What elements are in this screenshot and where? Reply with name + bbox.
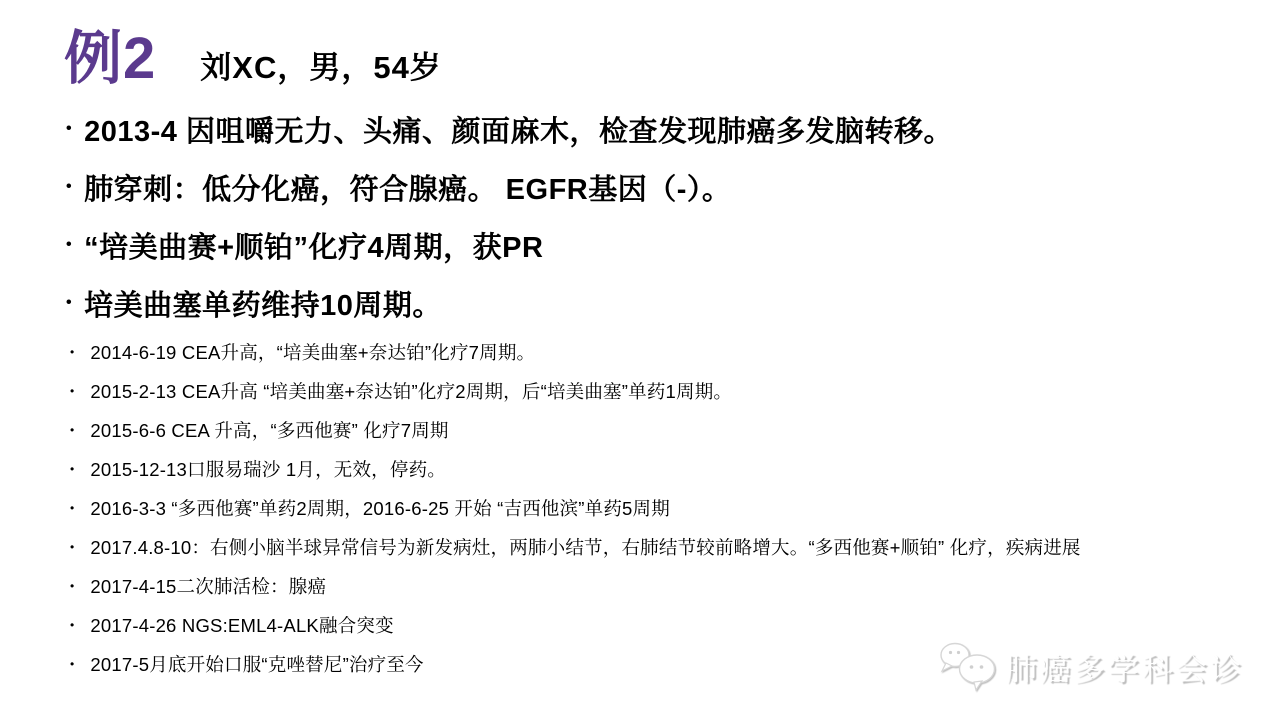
- bullet-icon: •: [66, 178, 72, 196]
- bullet-icon: •: [70, 657, 74, 671]
- slide-title-row: 例2 刘XC，男，54岁: [0, 0, 1280, 88]
- sub-bullet-text: 2015-12-13口服易瑞沙 1月，无效，停药。: [90, 456, 446, 482]
- main-bullet-text: “培美曲赛+顺铂”化疗4周期，获PR: [84, 225, 543, 266]
- bullet-icon: •: [70, 579, 74, 593]
- sub-bullet-item: • 2016-3-3 “多西他赛”单药2周期，2016-6-25 开始 “吉西他…: [70, 488, 1280, 527]
- bullet-icon: •: [66, 120, 72, 138]
- main-bullet-text: 肺穿刺：低分化癌，符合腺癌。 EGFR基因（-）。: [84, 167, 731, 208]
- watermark: 肺癌多学科会诊: [938, 640, 1244, 692]
- sub-bullet-list: • 2014-6-19 CEA升高，“培美曲塞+奈达铂”化疗7周期。 • 201…: [0, 332, 1280, 683]
- sub-bullet-item: • 2014-6-19 CEA升高，“培美曲塞+奈达铂”化疗7周期。: [70, 332, 1280, 371]
- sub-bullet-item: • 2015-12-13口服易瑞沙 1月，无效，停药。: [70, 449, 1280, 488]
- bullet-icon: •: [70, 345, 74, 359]
- sub-bullet-text: 2017-5月底开始口服“克唑替尼”治疗至今: [90, 651, 423, 677]
- sub-bullet-item: • 2015-2-13 CEA升高 “培美曲塞+奈达铂”化疗2周期，后“培美曲塞…: [70, 371, 1280, 410]
- sub-bullet-item: • 2015-6-6 CEA 升高，“多西他赛” 化疗7周期: [70, 410, 1280, 449]
- main-bullet-item: • 培美曲塞单药维持10周期。: [66, 274, 1280, 332]
- sub-bullet-text: 2017-4-26 NGS:EML4-ALK融合突变: [90, 612, 393, 638]
- sub-bullet-text: 2015-6-6 CEA 升高，“多西他赛” 化疗7周期: [90, 417, 448, 443]
- wechat-icon: [938, 640, 1000, 692]
- main-bullet-item: • “培美曲赛+顺铂”化疗4周期，获PR: [66, 216, 1280, 274]
- patient-info-text: 刘XC，男，54岁: [200, 42, 442, 87]
- sub-bullet-text: 2017-4-15二次肺活检：腺癌: [90, 573, 326, 599]
- main-bullet-item: • 肺穿刺：低分化癌，符合腺癌。 EGFR基因（-）。: [66, 158, 1280, 216]
- bullet-icon: •: [66, 236, 72, 254]
- sub-bullet-item: • 2017-4-15二次肺活检：腺癌: [70, 566, 1280, 605]
- sub-bullet-item: • 2017-4-26 NGS:EML4-ALK融合突变: [70, 605, 1280, 644]
- bullet-icon: •: [66, 294, 72, 312]
- sub-bullet-text: 2015-2-13 CEA升高 “培美曲塞+奈达铂”化疗2周期，后“培美曲塞”单…: [90, 378, 732, 404]
- bullet-icon: •: [70, 462, 74, 476]
- bullet-icon: •: [70, 423, 74, 437]
- sub-bullet-text: 2017.4.8-10：右侧小脑半球异常信号为新发病灶，两肺小结节，右肺结节较前…: [90, 534, 1080, 560]
- sub-bullet-text: 2014-6-19 CEA升高，“培美曲塞+奈达铂”化疗7周期。: [90, 339, 535, 365]
- presentation-slide: 例2 刘XC，男，54岁 • 2013-4 因咀嚼无力、头痛、颜面麻木，检查发现…: [0, 0, 1280, 720]
- watermark-label: 肺癌多学科会诊: [1006, 644, 1244, 689]
- bullet-icon: •: [70, 540, 74, 554]
- case-number-label: 例2: [64, 30, 156, 88]
- bullet-icon: •: [70, 384, 74, 398]
- main-bullet-list: • 2013-4 因咀嚼无力、头痛、颜面麻木，检查发现肺癌多发脑转移。 • 肺穿…: [0, 100, 1280, 332]
- main-bullet-text: 培美曲塞单药维持10周期。: [84, 283, 442, 324]
- bullet-icon: •: [70, 618, 74, 632]
- sub-bullet-item: • 2017.4.8-10：右侧小脑半球异常信号为新发病灶，两肺小结节，右肺结节…: [70, 527, 1280, 566]
- sub-bullet-text: 2016-3-3 “多西他赛”单药2周期，2016-6-25 开始 “吉西他滨”…: [90, 495, 670, 521]
- main-bullet-text: 2013-4 因咀嚼无力、头痛、颜面麻木，检查发现肺癌多发脑转移。: [84, 109, 953, 150]
- main-bullet-item: • 2013-4 因咀嚼无力、头痛、颜面麻木，检查发现肺癌多发脑转移。: [66, 100, 1280, 158]
- bullet-icon: •: [70, 501, 74, 515]
